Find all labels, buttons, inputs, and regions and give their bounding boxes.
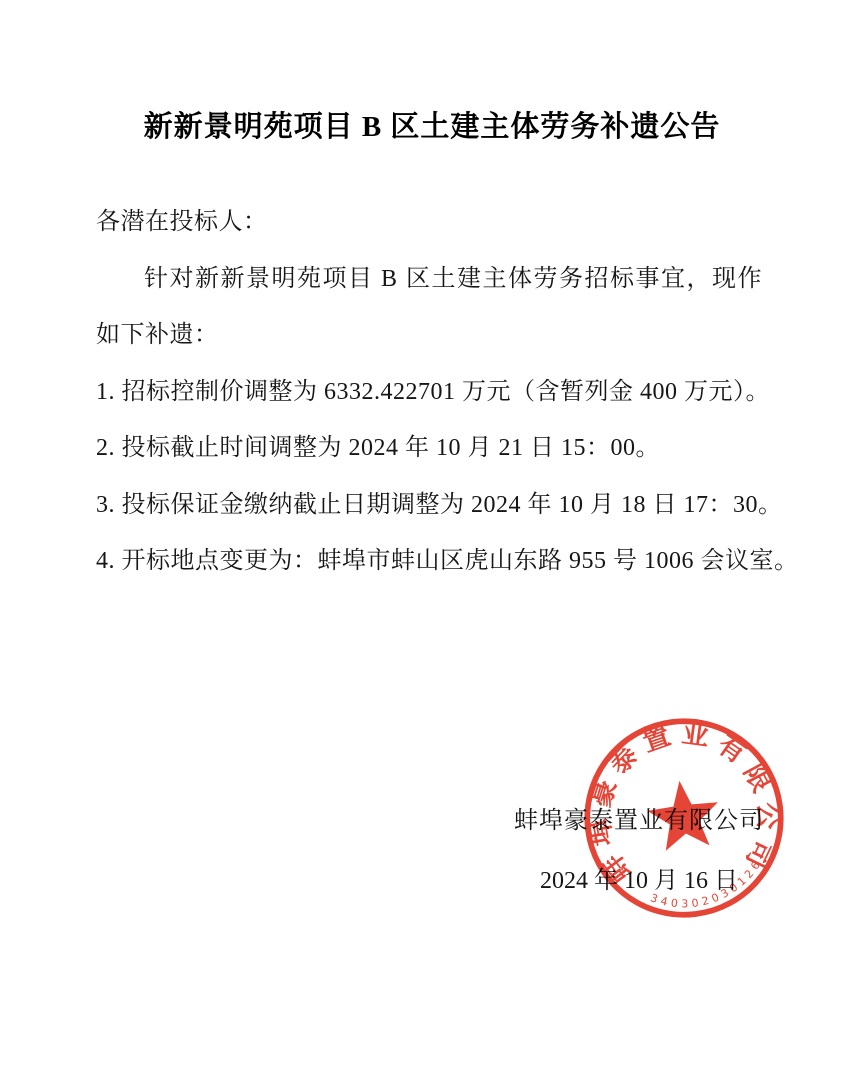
signature-date: 2024 年 10 月 16 日 [514,864,764,898]
intro-line-1: 针对新新景明苑项目 B 区土建主体劳务招标事宜，现作 [96,251,786,308]
signature-company-name: 蚌埠豪泰置业有限公司 [514,804,764,838]
supplement-item-4: 4. 开标地点变更为：蚌埠市蚌山区虎山东路 955 号 1006 会议室。 [96,533,786,590]
signature-block: 蚌埠豪泰置业有限公司 2024 年 10 月 16 日 [514,804,764,898]
document-title: 新新景明苑项目 B 区土建主体劳务补遗公告 [0,104,864,145]
intro-line-2: 如下补遗： [96,307,786,364]
supplement-item-1: 1. 招标控制价调整为 6332.422701 万元（含暂列金 400 万元）。 [96,364,786,421]
supplement-item-2: 2. 投标截止时间调整为 2024 年 10 月 21 日 15：00。 [96,420,786,477]
document-body: 各潜在投标人： 针对新新景明苑项目 B 区土建主体劳务招标事宜，现作 如下补遗：… [96,194,786,590]
announcement-document: 新新景明苑项目 B 区土建主体劳务补遗公告 各潜在投标人： 针对新新景明苑项目 … [0,0,864,1066]
salutation-line: 各潜在投标人： [96,194,786,251]
supplement-item-3: 3. 投标保证金缴纳截止日期调整为 2024 年 10 月 18 日 17：30… [96,477,786,534]
